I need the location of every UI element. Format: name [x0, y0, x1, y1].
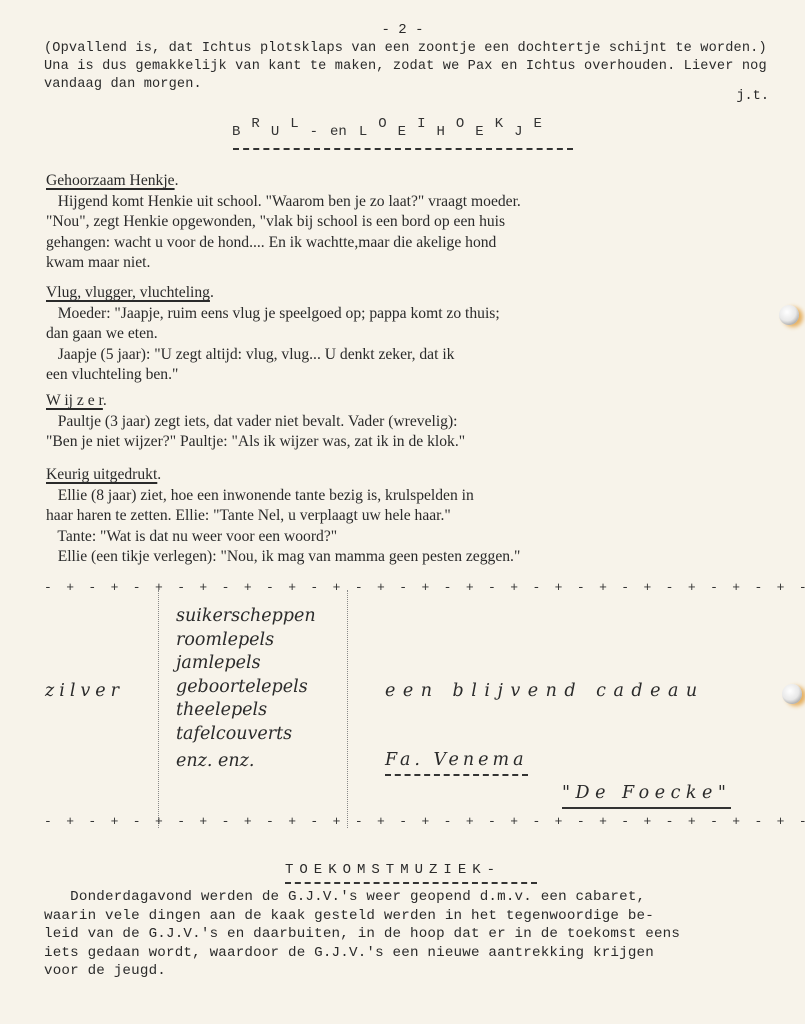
heading-letter: H	[436, 124, 444, 140]
intro-paragraph: (Opvallend is, dat Ichtus plotsklaps van…	[44, 40, 784, 94]
ad-divider-right	[347, 590, 348, 828]
ad-item: tafelcouverts	[176, 723, 316, 747]
heading-letter: L	[359, 124, 367, 140]
anecdote-line: Jaapje (5 jaar): "U zegt altijd: vlug, v…	[46, 345, 791, 366]
title-period: .	[175, 172, 179, 189]
anecdote-line: "Ben je niet wijzer?" Paultje: "Als ik w…	[46, 432, 791, 453]
anecdote-line: haar haren te zetten. Ellie: "Tante Nel,…	[46, 506, 791, 527]
page-number: - 2 -	[0, 22, 805, 38]
brul-heading: BRUL-enLOEIHOEKJE	[232, 124, 577, 140]
toekomst-line: leid van de G.J.V.'s en daarbuiten, in d…	[44, 925, 680, 944]
heading-letter: B	[232, 124, 240, 140]
intro-signature: j.t.	[736, 89, 769, 104]
toekomst-line: iets gedaan wordt, waardoor de G.J.V.'s …	[44, 944, 680, 963]
heading-letter: R	[251, 116, 259, 132]
anecdote-gehoorzaam-henkje: Gehoorzaam Henkje. Hijgend komt Henkie u…	[46, 171, 791, 274]
ad-item: jamlepels	[176, 652, 316, 676]
ad-item-list: suikerscheppen roomlepels jamlepels gebo…	[176, 605, 316, 774]
heading-letter: K	[495, 116, 503, 132]
anecdote-line: Paultje (3 jaar) zegt iets, dat vader ni…	[46, 412, 791, 433]
heading-letter: E	[475, 124, 483, 140]
heading-letter: E	[398, 124, 406, 140]
anecdote-line: dan gaan we eten.	[46, 324, 791, 345]
anecdote-title: Gehoorzaam Henkje	[46, 172, 175, 189]
title-period: .	[157, 466, 161, 483]
anecdote-line: kwam maar niet.	[46, 253, 791, 274]
intro-line: (Opvallend is, dat Ichtus plotsklaps van…	[44, 40, 784, 58]
anecdote-title: Keurig uitgedrukt	[46, 466, 157, 483]
anecdote-line: Ellie (8 jaar) ziet, hoe een inwonende t…	[46, 486, 791, 507]
intro-line: vandaag dan morgen.	[44, 76, 784, 94]
anecdote-line: Ellie (een tikje verlegen): "Nou, ik mag…	[46, 547, 791, 568]
toekomst-paragraph: Donderdagavond werden de G.J.V.'s weer g…	[44, 888, 680, 981]
ad-item: suikerscheppen	[176, 605, 316, 629]
toekomst-heading: TOEKOMSTMUZIEK-	[285, 862, 501, 878]
title-period: .	[103, 392, 107, 409]
toekomst-line: voor de jeugd.	[44, 962, 680, 981]
anecdote-line: gehangen: wacht u voor de hond.... En ik…	[46, 233, 791, 254]
heading-letter: L	[290, 116, 298, 132]
anecdote-keurig-uitgedrukt: Keurig uitgedrukt. Ellie (8 jaar) ziet, …	[46, 465, 791, 568]
ad-item: geboortelepels	[176, 676, 316, 700]
anecdote-line: "Nou", zegt Henkie opgewonden, "vlak bij…	[46, 212, 791, 233]
anecdote-line: een vluchteling ben."	[46, 365, 791, 386]
anecdote-title: Vlug, vlugger, vluchteling	[46, 284, 210, 301]
ad-shop-name: "De Foecke"	[562, 782, 731, 809]
heading-letter: J	[514, 124, 522, 140]
anecdote-line: Moeder: "Jaapje, ruim eens vlug je speel…	[46, 304, 791, 325]
ad-item: enz. enz.	[176, 750, 316, 774]
punch-hole	[779, 305, 799, 325]
anecdote-vlug-vlugger: Vlug, vlugger, vluchteling. Moeder: "Jaa…	[46, 283, 791, 386]
ad-slogan: een blijvend cadeau	[385, 680, 705, 704]
ad-item: roomlepels	[176, 629, 316, 653]
toekomst-line: waarin vele dingen aan de kaak gesteld w…	[44, 907, 680, 926]
ad-divider-left	[158, 590, 159, 828]
ad-border-bottom: - + - + - + - + - + - + - + - + - + - + …	[44, 814, 789, 829]
anecdote-wijzer: W ij z e r. Paultje (3 jaar) zegt iets, …	[46, 391, 791, 453]
ad-item: theelepels	[176, 699, 316, 723]
anecdote-line: Hijgend komt Henkie uit school. "Waarom …	[46, 192, 791, 213]
toekomst-heading-underline	[285, 882, 537, 884]
brul-heading-underline	[233, 148, 573, 150]
heading-letter: O	[456, 116, 464, 132]
ad-company: Fa. Venema	[385, 749, 528, 776]
ad-material: zilver	[45, 680, 124, 704]
punch-hole	[782, 684, 802, 704]
toekomst-line: Donderdagavond werden de G.J.V.'s weer g…	[44, 888, 680, 907]
heading-letter: -	[310, 124, 318, 140]
title-period: .	[210, 284, 214, 301]
anecdote-line: Tante: "Wat is dat nu weer voor een woor…	[46, 527, 791, 548]
ad-border-top: - + - + - + - + - + - + - + - + - + - + …	[44, 580, 789, 595]
intro-line: Una is dus gemakkelijk van kant te maken…	[44, 58, 784, 76]
anecdote-title: W ij z e r	[46, 392, 103, 409]
heading-letter: en	[330, 124, 347, 140]
heading-letter: I	[417, 116, 425, 132]
heading-letter: U	[271, 124, 279, 140]
heading-letter: O	[378, 116, 386, 132]
heading-letter: E	[534, 116, 542, 132]
